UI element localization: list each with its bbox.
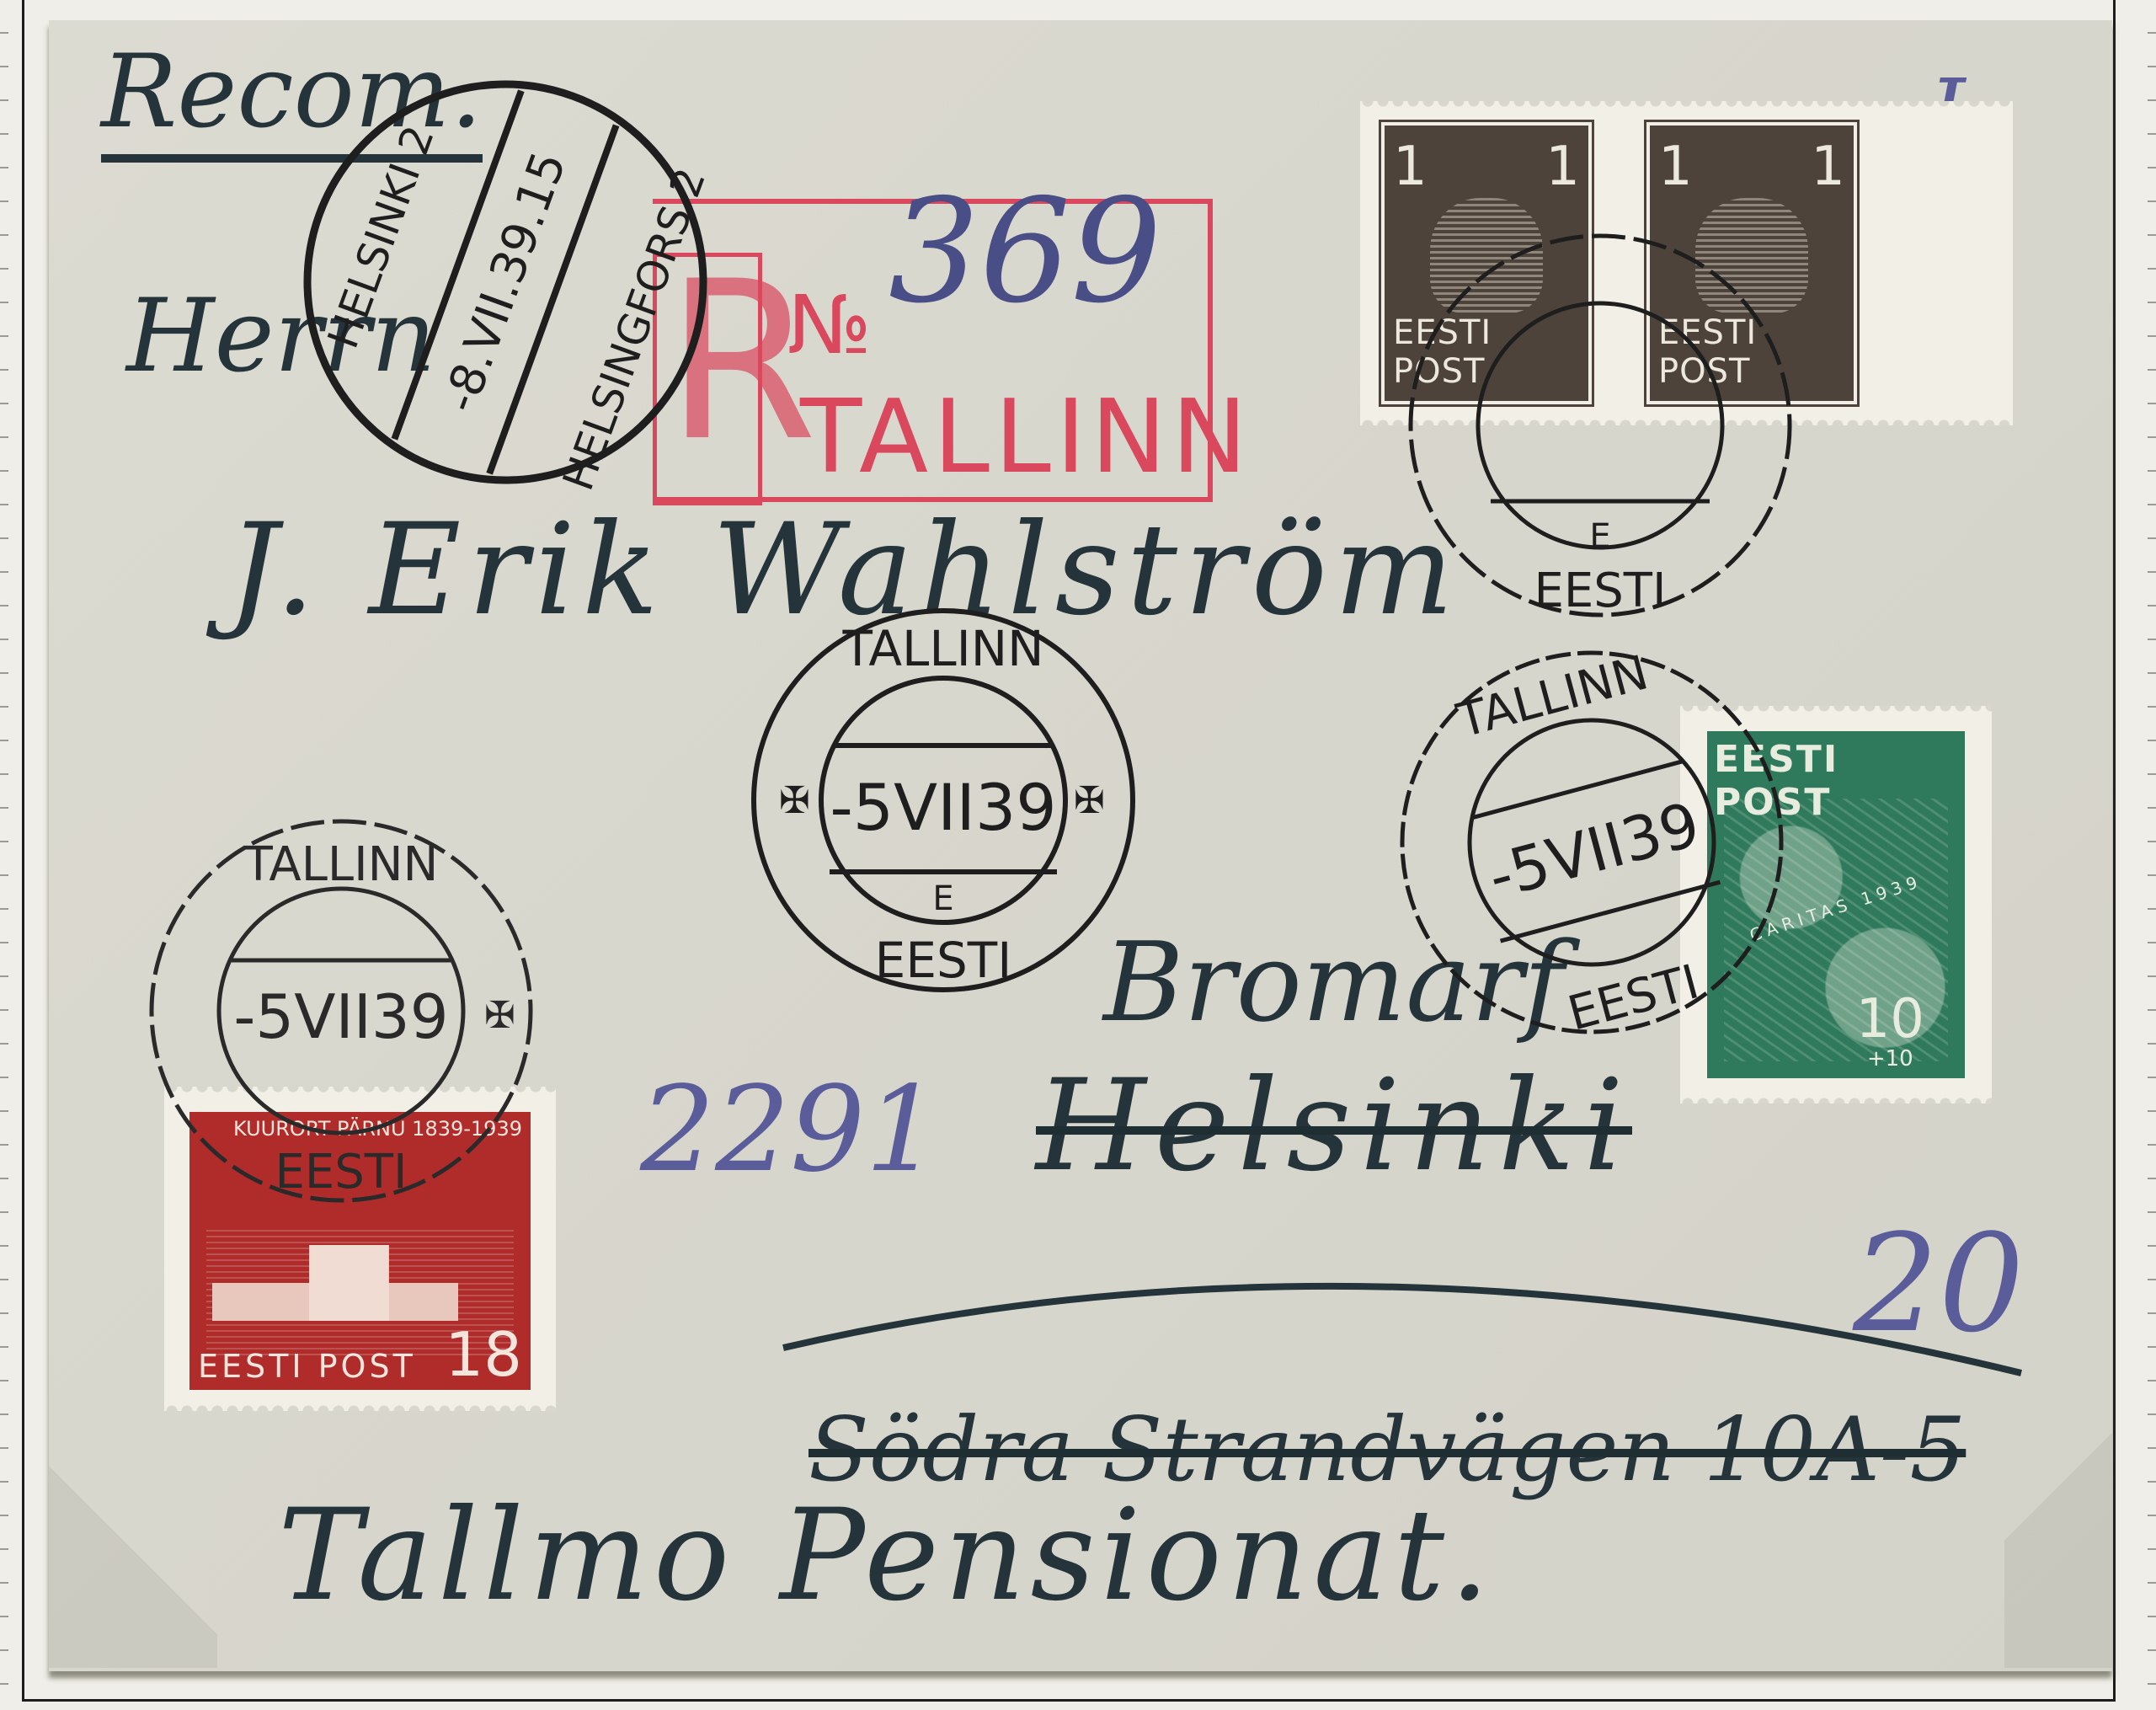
svg-text:E: E [932,879,953,918]
svg-text:TALLINN: TALLINN [841,620,1043,677]
album-ruler-right [2148,0,2156,1710]
svg-text:✠: ✠ [779,779,810,822]
postmark-tallinn-top: E EESTI [1398,227,1802,627]
postmark-tallinn-right: -5VII39 TALLINN EESTI [1390,644,1794,1044]
envelope-flap-left [49,1432,217,1668]
stamp-value: 1 [1811,136,1845,198]
postmark-tallinn-center: -5VII39 E TALLINN EESTI ✠ ✠ [741,607,1145,997]
svg-text:-5VII39: -5VII39 [233,981,448,1052]
svg-text:✠: ✠ [1074,779,1105,822]
postmark-helsinki: -8.VII.39.15 HELSINKI 2 HELSINGFORS 2 [295,72,716,496]
registration-no-prefix: № [787,278,872,372]
new-address: Tallmo Pensionat. [278,1483,1495,1629]
registration-number: 369 [889,168,1161,335]
svg-text:✠: ✠ [484,994,515,1037]
pencil-number-20: 20 [1853,1205,2025,1362]
svg-text:TALLINN: TALLINN [243,837,439,892]
svg-text:EESTI: EESTI [875,932,1012,989]
registration-city: TALLINN [800,379,1252,496]
postmark-tallinn-left: -5VII39 TALLINN EESTI ✠ [139,817,543,1208]
spa-building-image [206,1230,514,1356]
album-ruler-left [0,0,8,1710]
stamp-value: 1 [1545,136,1580,198]
stamp-value: 10 [1856,992,1924,1046]
svg-text:E: E [1589,517,1610,556]
strike-line-curve [775,1247,2038,1381]
svg-text:EESTI: EESTI [1534,564,1666,618]
stamp-value: 1 [1393,136,1428,198]
svg-text:HELSINGFORS 2: HELSINGFORS 2 [553,162,715,497]
original-city-struck: Helsinki [1036,1053,1632,1200]
svg-text:HELSINKI 2: HELSINKI 2 [318,120,444,355]
stamp-value: 1 [1658,136,1693,198]
svg-text:TALLINN: TALLINN [1451,645,1654,749]
svg-text:-5VII39: -5VII39 [830,770,1056,845]
pencil-number-2291: 2291 [640,1061,940,1199]
svg-text:EESTI: EESTI [275,1145,407,1200]
